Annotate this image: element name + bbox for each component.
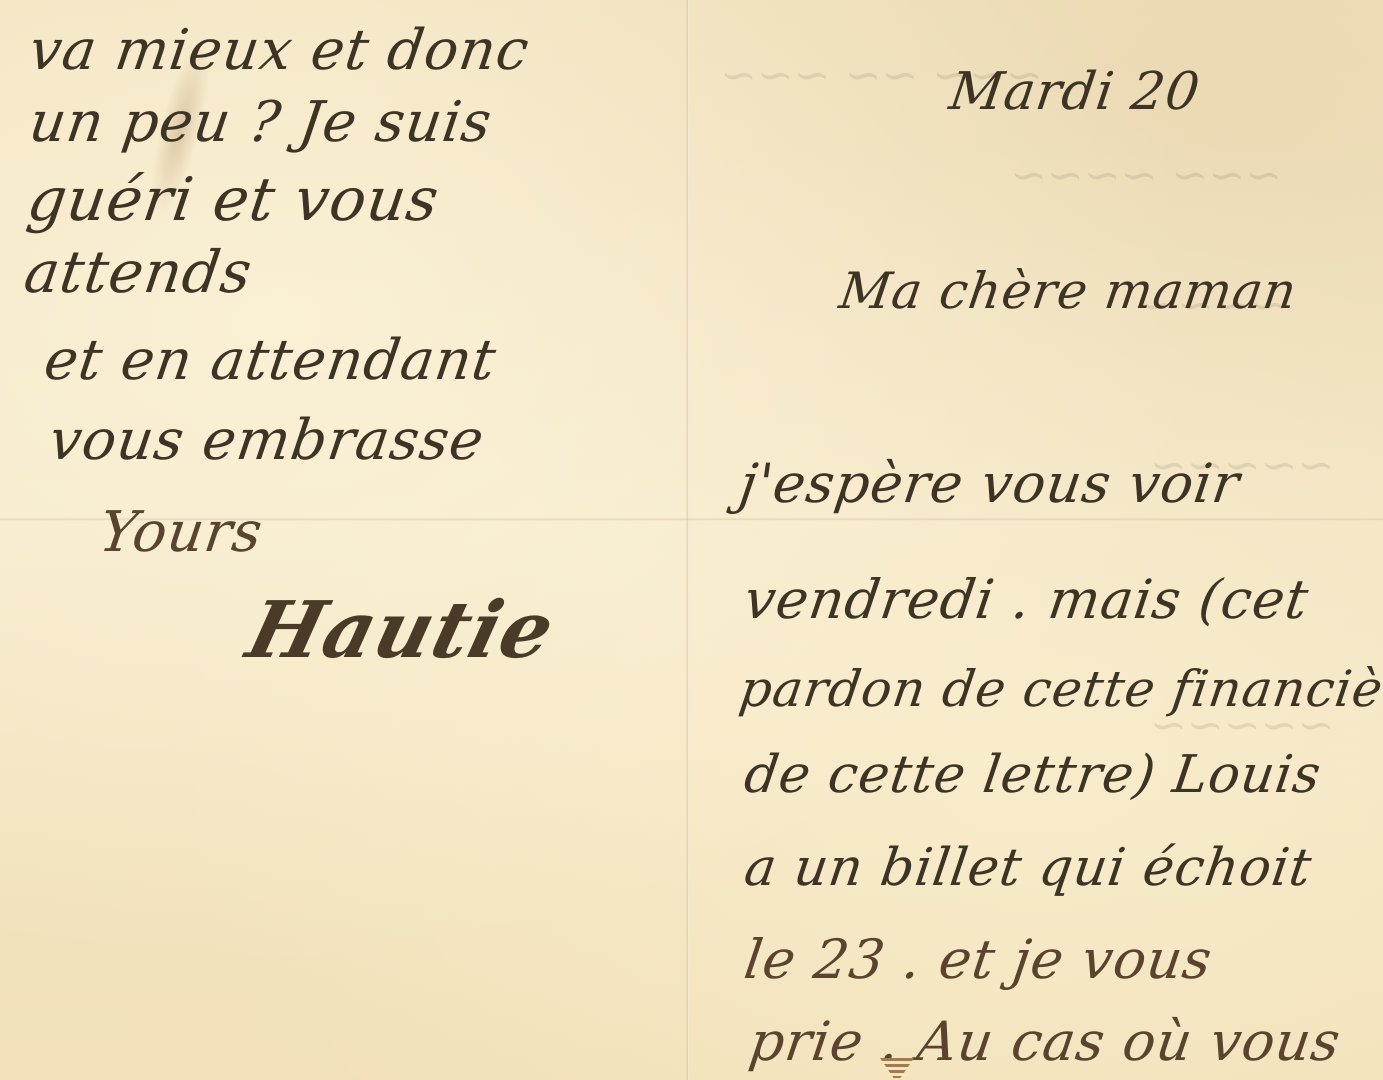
letter-date: Mardi 20 <box>946 62 1204 122</box>
left-page: va mieux et donc un peu ? Je suis guéri … <box>0 0 686 1080</box>
letter-line: prie . Au cas où vous <box>746 1010 1345 1073</box>
letter-line: va mieux et donc <box>25 18 533 83</box>
letter-line: pardon de cette financière <box>736 660 1383 718</box>
letter-line: a un billet qui échoit <box>741 838 1316 898</box>
letter-line: vous embrasse <box>45 408 488 473</box>
closing-line: Yours <box>95 500 267 565</box>
right-page: Mardi 20 Ma chère maman j'espère vous vo… <box>690 0 1383 1080</box>
letter-line: le 23 . et je vous <box>741 928 1217 991</box>
letter-line: attends <box>20 238 256 306</box>
letter-salutation: Ma chère maman <box>836 262 1301 320</box>
letter-line: j'espère vous voir <box>736 452 1244 515</box>
letter-line: de cette lettre) Louis <box>741 745 1325 805</box>
letter-line: un peu ? Je suis <box>25 90 496 155</box>
letter-line: guéri et vous <box>23 165 443 235</box>
letter-line: et en attendant <box>40 328 500 393</box>
signature: Hautie <box>239 585 564 676</box>
letter-line: vendredi . mais (cet <box>741 568 1313 631</box>
